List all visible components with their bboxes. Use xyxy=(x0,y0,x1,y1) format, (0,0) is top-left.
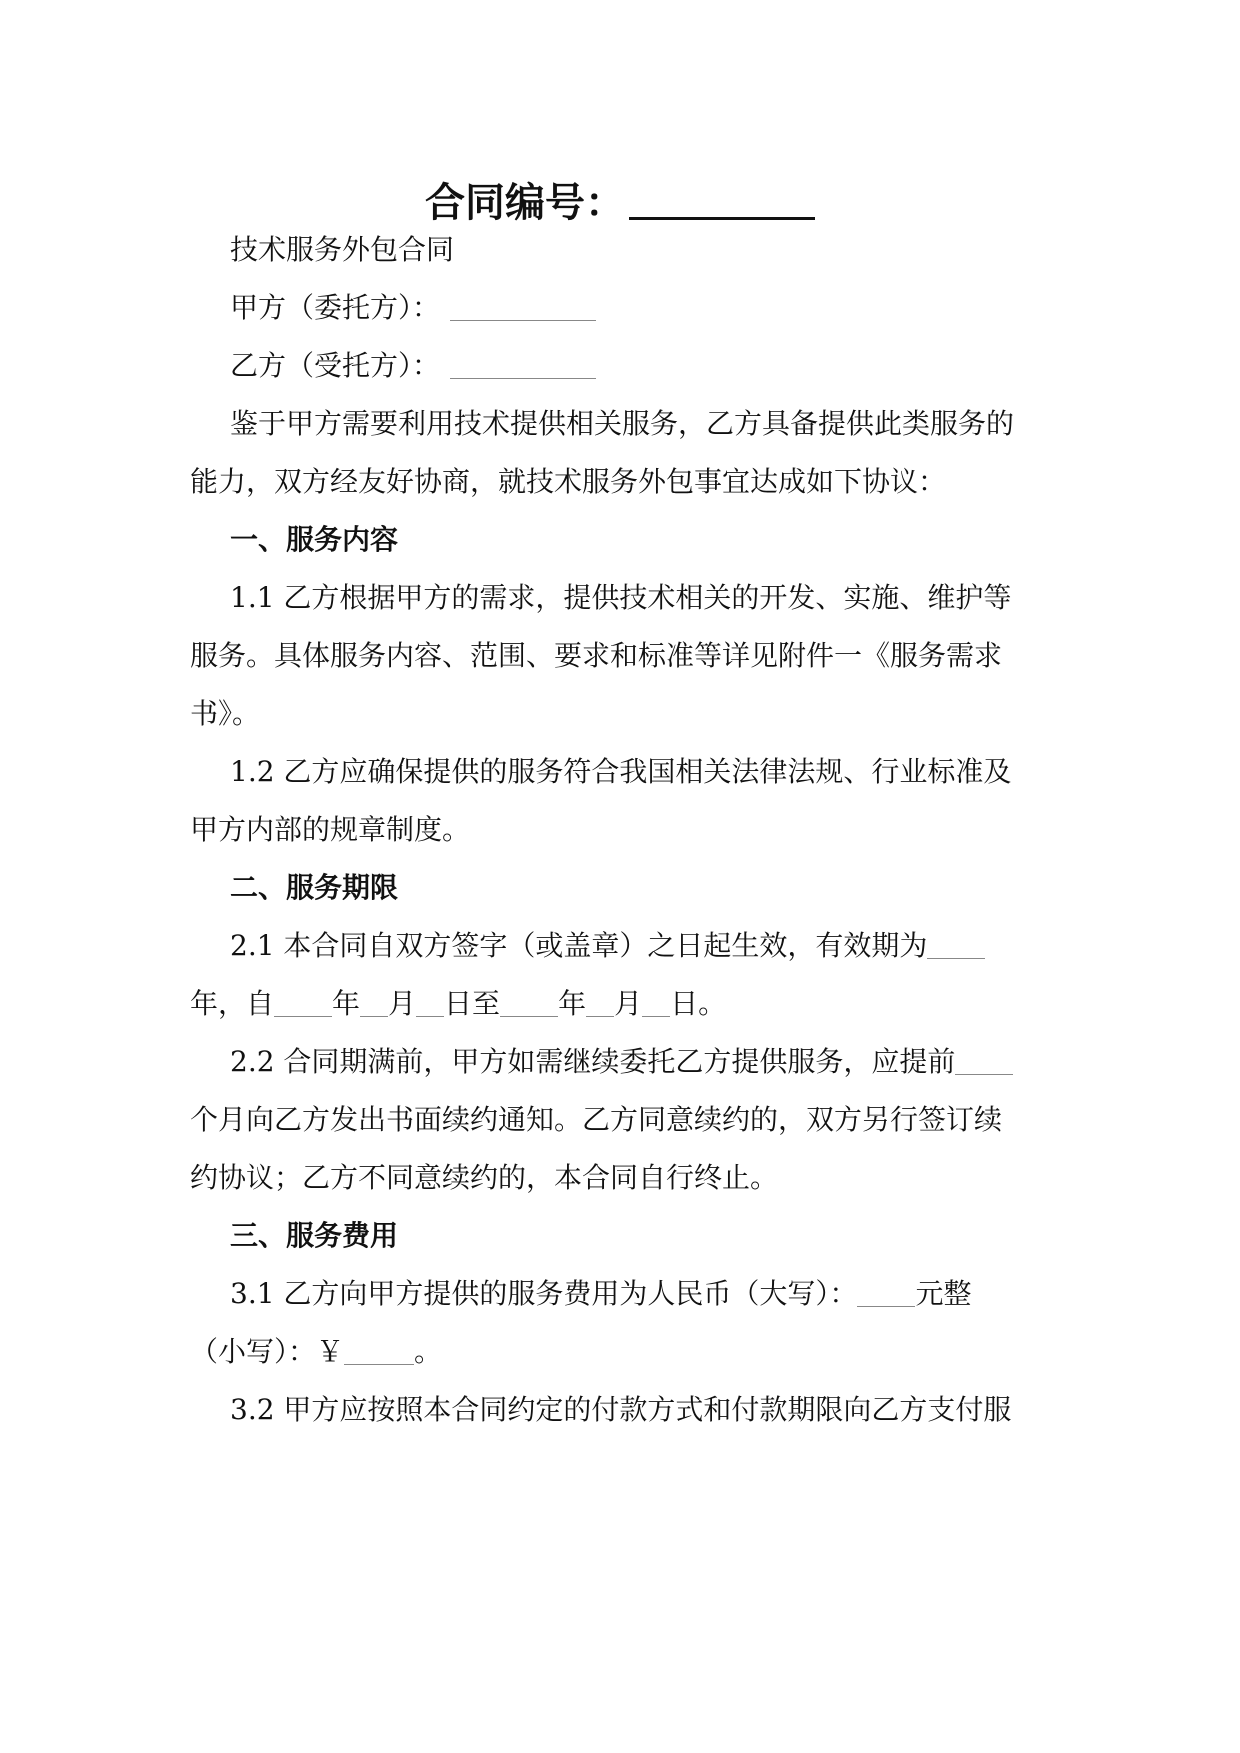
contract-number-label: 合同编号： xyxy=(425,180,625,226)
contract-page: 合同编号： 技术服务外包合同 甲方（委托方）： 乙方（受托方）： 鉴于甲方需要利… xyxy=(0,0,1240,1753)
start-month-blank[interactable] xyxy=(360,988,388,1017)
clause-2-1-line-1: 2.1 本合同自双方签字（或盖章）之日起生效，有效期为 xyxy=(230,926,1060,966)
renewal-months-blank[interactable] xyxy=(955,1046,1013,1075)
party-a-line: 甲方（委托方）： xyxy=(230,288,1060,328)
clause-2-1-line-2: 年，自年月日至年月日。 xyxy=(190,984,1060,1024)
section-heading-1: 一、服务内容 xyxy=(230,520,1100,560)
text-part: 。 xyxy=(414,1335,442,1368)
text-part: 日至 xyxy=(444,987,500,1020)
clause-2-2-line-1: 2.2 合同期满前，甲方如需继续委托乙方提供服务，应提前 xyxy=(230,1042,1060,1082)
end-year-blank[interactable] xyxy=(500,988,558,1017)
clause-1-2-line-1: 1.2 乙方应确保提供的服务符合我国相关法律法规、行业标准及 xyxy=(230,752,1060,792)
text-part: 月 xyxy=(388,987,416,1020)
preamble-line-2: 能力，双方经友好协商，就技术服务外包事宜达成如下协议： xyxy=(190,462,1060,502)
contract-number-title: 合同编号： xyxy=(0,175,1240,231)
clause-2-2-line-2: 个月向乙方发出书面续约通知。乙方同意续约的，双方另行签订续 xyxy=(190,1100,1060,1140)
party-b-label: 乙方（受托方）： xyxy=(230,349,440,382)
preamble-line-1: 鉴于甲方需要利用技术提供相关服务，乙方具备提供此类服务的 xyxy=(230,404,1060,444)
clause-2-1-text: 2.1 本合同自双方签字（或盖章）之日起生效，有效期为 xyxy=(230,929,927,962)
clause-1-1-line-1: 1.1 乙方根据甲方的需求，提供技术相关的开发、实施、维护等 xyxy=(230,578,1060,618)
start-year-blank[interactable] xyxy=(274,988,332,1017)
party-a-label: 甲方（委托方）： xyxy=(230,291,440,324)
party-b-blank[interactable] xyxy=(450,350,596,379)
fee-uppercase-blank[interactable] xyxy=(857,1278,915,1307)
clause-1-1-line-3: 书》。 xyxy=(190,694,1060,734)
contract-number-blank[interactable] xyxy=(629,177,815,220)
clause-1-2-line-2: 甲方内部的规章制度。 xyxy=(190,810,1060,850)
text-part: 年 xyxy=(558,987,586,1020)
term-years-blank[interactable] xyxy=(927,930,985,959)
text-part: 月 xyxy=(614,987,642,1020)
clause-2-2-line-3: 约协议；乙方不同意续约的，本合同自行终止。 xyxy=(190,1158,1060,1198)
clause-2-2-text: 2.2 合同期满前，甲方如需继续委托乙方提供服务，应提前 xyxy=(230,1045,955,1078)
end-month-blank[interactable] xyxy=(586,988,614,1017)
text-part: 元整 xyxy=(915,1277,971,1310)
contract-subtitle: 技术服务外包合同 xyxy=(230,230,1060,270)
clause-3-1-line-2: （小写）：￥。 xyxy=(190,1332,1060,1372)
start-day-blank[interactable] xyxy=(416,988,444,1017)
end-day-blank[interactable] xyxy=(642,988,670,1017)
text-part: 日。 xyxy=(670,987,726,1020)
clause-3-2-line-1: 3.2 甲方应按照本合同约定的付款方式和付款期限向乙方支付服 xyxy=(230,1390,1060,1430)
section-heading-2: 二、服务期限 xyxy=(230,868,1100,908)
fee-numeric-blank[interactable] xyxy=(344,1336,414,1365)
party-b-line: 乙方（受托方）： xyxy=(230,346,1060,386)
text-part: 年 xyxy=(332,987,360,1020)
text-part: （小写）：￥ xyxy=(190,1335,344,1368)
clause-1-1-line-2: 服务。具体服务内容、范围、要求和标准等详见附件一《服务需求 xyxy=(190,636,1060,676)
clause-3-1-text: 3.1 乙方向甲方提供的服务费用为人民币（大写）： xyxy=(230,1277,857,1310)
clause-3-1-line-1: 3.1 乙方向甲方提供的服务费用为人民币（大写）：元整 xyxy=(230,1274,1060,1314)
party-a-blank[interactable] xyxy=(450,292,596,321)
text-part: 年，自 xyxy=(190,987,274,1020)
section-heading-3: 三、服务费用 xyxy=(230,1216,1100,1256)
